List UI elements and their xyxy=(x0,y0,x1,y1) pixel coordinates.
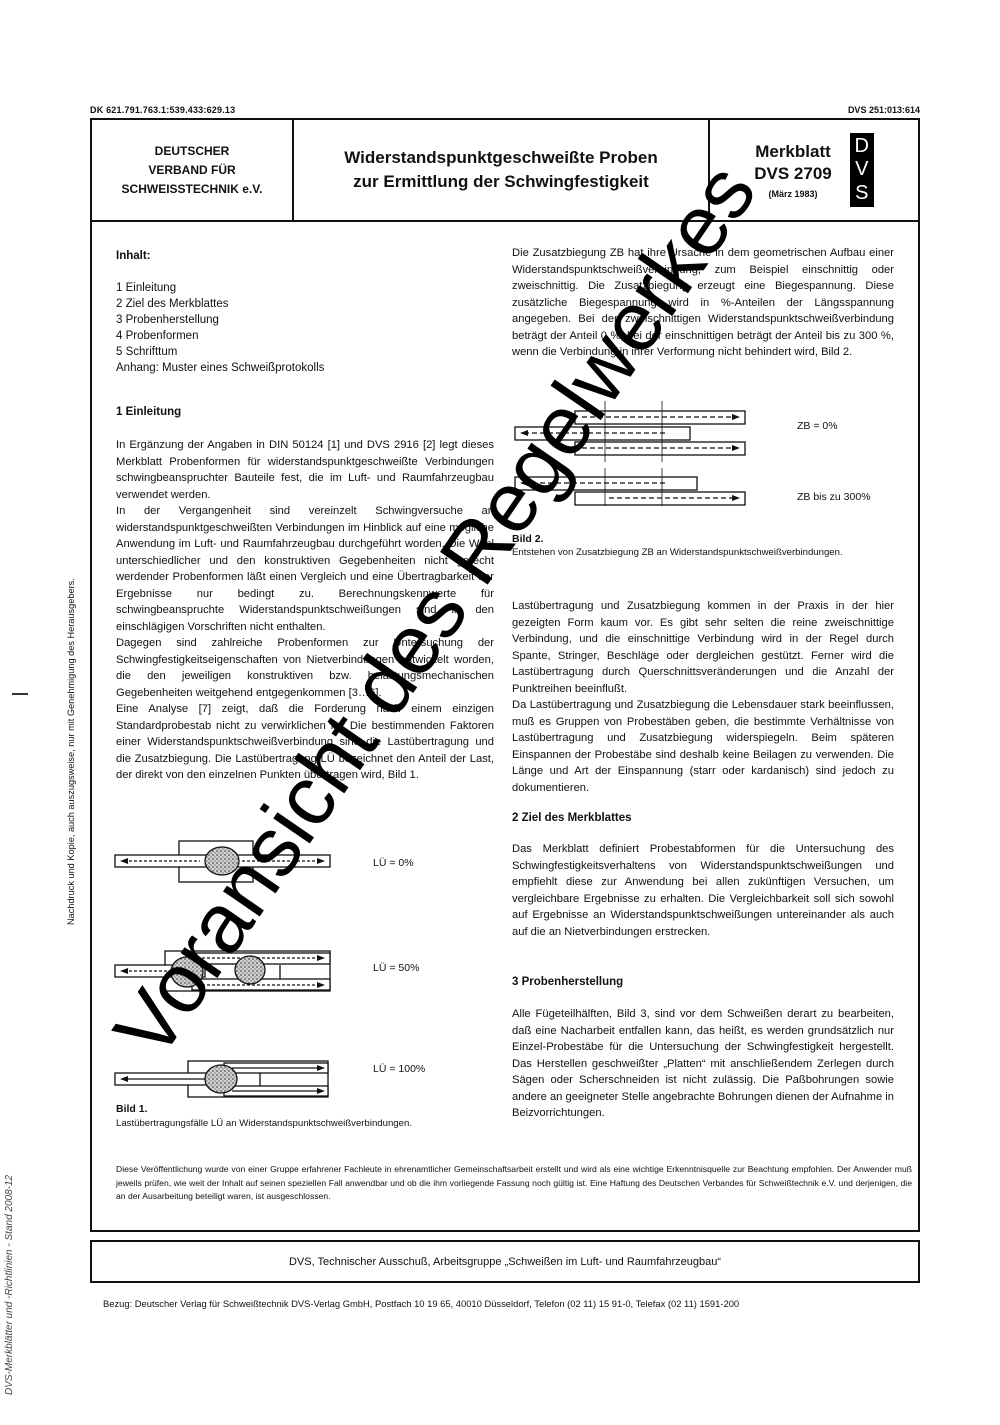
document-header: DEUTSCHER VERBAND FÜR SCHWEISSTECHNIK e.… xyxy=(90,118,920,222)
logo-letter: D xyxy=(855,135,869,158)
publisher-line: DEUTSCHER xyxy=(122,142,263,161)
section-3-heading: 3 Probenherstellung xyxy=(512,976,623,988)
dk-classification-code: DK 621.791.763.1:539.433:629.13 xyxy=(90,105,235,115)
paragraph: In Ergänzung der Angaben in DIN 50124 [1… xyxy=(116,437,494,503)
copyright-note: Nachdruck und Kopie, auch auszugsweise, … xyxy=(66,578,76,925)
document-title: Widerstandspunktgeschweißte Proben zur E… xyxy=(294,120,710,220)
merkblatt-label: Merkblatt xyxy=(754,141,832,163)
committee-text: DVS, Technischer Ausschuß, Arbeitsgruppe… xyxy=(289,1256,721,1268)
figure-2-title: Bild 2. xyxy=(512,532,544,546)
figure-2-caption: Entstehen von Zusatzbiegung ZB an Widers… xyxy=(512,546,894,560)
paragraph: Dagegen sind zahlreiche Probenformen zur… xyxy=(116,635,494,701)
section-1-body: In Ergänzung der Angaben in DIN 50124 [1… xyxy=(116,437,494,784)
publisher-line: VERBAND FÜR xyxy=(122,161,263,180)
margin-mark xyxy=(12,693,28,695)
title-line: zur Ermittlung der Schwingfestigkeit xyxy=(353,170,649,194)
toc-item: Anhang: Muster eines Schweißprotokolls xyxy=(116,360,486,376)
toc-item: 4 Probenformen xyxy=(116,328,486,344)
toc-item: 1 Einleitung xyxy=(116,280,486,296)
figure-2-diagram xyxy=(512,398,747,506)
dvs-classification-code: DVS 251:013:614 xyxy=(848,105,920,115)
figure-1-diagram xyxy=(112,838,342,1100)
right-intro-paragraph: Die Zusatzbiegung ZB hat ihre Ursache in… xyxy=(512,245,894,361)
section-3-body: Alle Fügeteilhälften, Bild 3, sind vor d… xyxy=(512,1006,894,1122)
paragraph: Da Lastübertragung und Zusatzbiegung die… xyxy=(512,697,894,796)
section-1-heading: 1 Einleitung xyxy=(116,406,181,418)
toc-heading: Inhalt: xyxy=(116,248,486,264)
dvs-logo-icon: D V S xyxy=(850,133,874,207)
right-body: Lastübertragung und Zusatzbiegung kommen… xyxy=(512,598,894,796)
figure-1-title: Bild 1. xyxy=(116,1102,148,1116)
publisher-line: SCHWEISSTECHNIK e.V. xyxy=(122,180,263,199)
publisher-name: DEUTSCHER VERBAND FÜR SCHWEISSTECHNIK e.… xyxy=(92,120,294,220)
committee-box: DVS, Technischer Ausschuß, Arbeitsgruppe… xyxy=(90,1240,920,1283)
figure-1-label: LÜ = 0% xyxy=(373,857,414,869)
title-line: Widerstandspunktgeschweißte Proben xyxy=(344,146,657,170)
section-2-heading: 2 Ziel des Merkblattes xyxy=(512,812,632,824)
logo-letter: S xyxy=(855,182,868,205)
section-2-body: Das Merkblatt definiert Probestabformen … xyxy=(512,841,894,940)
paragraph: Lastübertragung und Zusatzbiegung kommen… xyxy=(512,598,894,697)
disclaimer-text: Diese Veröffentlichung wurde von einer G… xyxy=(116,1163,912,1204)
merkblatt-id-block: Merkblatt DVS 2709 (März 1983) D V S xyxy=(710,120,918,220)
paragraph: Eine Analyse [7] zeigt, daß die Forderun… xyxy=(116,701,494,784)
edition-note: DVS-Merkblätter und -Richtlinien - Stand… xyxy=(4,1175,15,1395)
figure-1-caption: Lastübertragungsfälle LÜ an Widerstandsp… xyxy=(116,1117,412,1131)
figure-1-label: LÜ = 100% xyxy=(373,1063,425,1075)
document-date: (März 1983) xyxy=(754,189,832,199)
logo-letter: V xyxy=(855,158,868,181)
figure-2-label: ZB bis zu 300% xyxy=(797,491,871,503)
table-of-contents: Inhalt: 1 Einleitung 2 Ziel des Merkblat… xyxy=(116,248,486,376)
toc-item: 2 Ziel des Merkblattes xyxy=(116,296,486,312)
toc-item: 5 Schrifttum xyxy=(116,344,486,360)
figure-2-label: ZB = 0% xyxy=(797,420,838,432)
document-number: DVS 2709 xyxy=(754,163,832,185)
figure-1-label: LÜ = 50% xyxy=(373,962,419,974)
publisher-address: Bezug: Deutscher Verlag für Schweißtechn… xyxy=(103,1298,739,1309)
paragraph: In der Vergangenheit sind vereinzelt Sch… xyxy=(116,503,494,635)
toc-item: 3 Probenherstellung xyxy=(116,312,486,328)
